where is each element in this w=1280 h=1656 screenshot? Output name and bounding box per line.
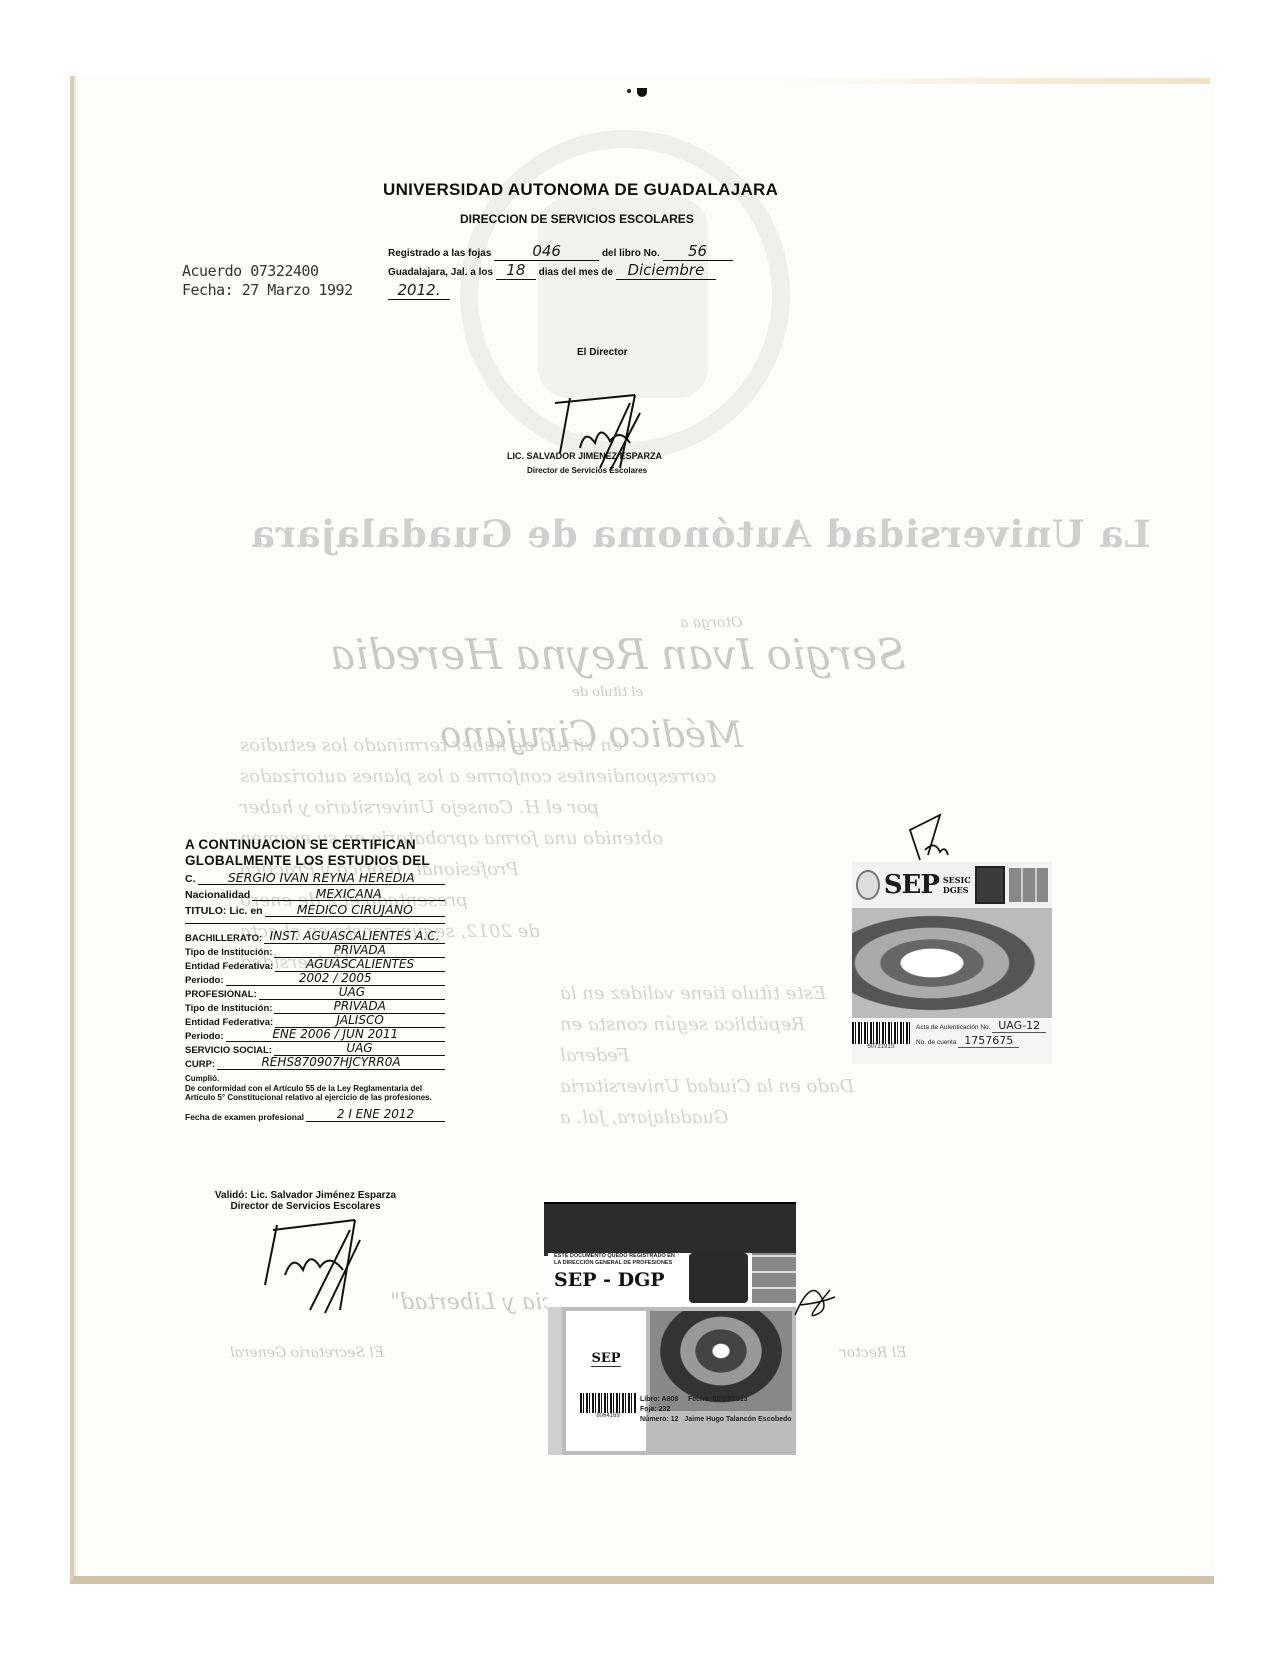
diploma-body-line: Federal [560,1045,629,1066]
validated-by: Validó: Lic. Salvador Jiménez Esparza Di… [203,1190,408,1212]
diploma-el-titulo: el título de [572,685,643,700]
field-value: ENE 2006 / JUN 2011 [226,1028,445,1042]
director-label: El Director [577,347,628,358]
redaction-block [544,1202,796,1256]
study-field-row: BACHILLERATO:INST. AGUASCALIENTES A.C. [185,930,445,944]
dgp-side-signature [790,1275,840,1325]
acuerdo-number: Acuerdo 07322400 [182,262,319,280]
national-seal-icon [856,870,880,900]
university-title: UNIVERSIDAD AUTONOMA DE GUADALAJARA [383,180,778,200]
acta-label: Acta de Autenticación No. [916,1024,990,1031]
study-field-row: SERVICIO SOCIAL:UAG [185,1042,445,1056]
field-label: Tipo de Institución: [185,947,272,958]
diploma-graduate-name: Sergio Ivan Reyna Heredia [330,630,906,679]
director-role: Director de Servicios Escolares [527,466,647,475]
month-label: dias del mes de [539,267,613,278]
certification-block: A CONTINUACION SE CERTIFICAN GLOBALMENTE… [185,837,445,1122]
divider [185,923,445,924]
field-value: UAG [274,1042,445,1056]
validator-signature [255,1215,385,1315]
sep-sub: SESIC DGES [943,875,971,895]
field-value: PRIVADA [274,944,445,958]
sep-signature [900,810,960,870]
field-value: AGUASCALIENTES [275,958,445,972]
field-label: Nacionalidad [185,889,250,901]
diploma-body-line: en virtud de haber terminado los estudio… [240,735,623,756]
field-label: Periodo: [185,1031,224,1042]
staple-mark [627,89,631,93]
registration-fojas-row: Registrado a las fojas 046 del libro No.… [388,242,733,261]
certification-heading: A CONTINUACION SE CERTIFICAN GLOBALMENTE… [185,837,445,869]
registration-date-row: Guadalajara, Jal. a los 18 dias del mes … [388,261,716,280]
field-label: Tipo de Institución: [185,1003,272,1014]
certification-field-row: NacionalidadMEXICANA [185,885,445,901]
sesic-label: SESIC [943,875,971,885]
field-label: TITULO: Lic. en [185,905,263,917]
field-label: SERVICIO SOCIAL: [185,1045,272,1056]
dgp-numero: Número: 12 [640,1416,679,1423]
field-label: C. [185,873,196,885]
director-signature [540,393,670,473]
field-value: INST. AGUASCALIENTES A.C. [264,930,445,944]
diploma-institution: La Universidad Autónoma de Guadalajara [250,512,1151,556]
registration-year-row: 2012. [388,281,450,300]
legal-text: De conformidad con el Artículo 55 de la … [185,1084,445,1102]
director-name: LIC. SALVADOR JIMENEZ ESPARZA [507,451,662,461]
diploma-signatory-secretary: El Secretario General [230,1345,384,1361]
cuenta-value: 1757675 [958,1034,1019,1048]
diploma-body-line: por el H. Consejo Universitario y haber [240,797,599,818]
study-field-row: Tipo de Institución:PRIVADA [185,1000,445,1014]
diploma-body-line: Dado en la Ciudad Universitaria [560,1076,854,1097]
exam-date-value: 2 I ENE 2012 [306,1108,445,1122]
diploma-body-line: Este título tiene validez en la [560,983,826,1004]
year-value: 2012. [388,281,450,300]
barcode-icon [580,1393,636,1413]
study-field-row: Entidad Federativa:JALISCO [185,1014,445,1028]
libro-value: 56 [663,242,733,261]
field-label: Entidad Federativa: [185,1017,273,1028]
field-label: PROFESIONAL: [185,989,257,1000]
field-label: CURP: [185,1059,215,1070]
dgp-sep-logo: SEP [591,1351,620,1367]
paper-edge [780,78,1210,84]
dges-label: DGES [943,885,971,895]
study-field-row: Tipo de Institución:PRIVADA [185,944,445,958]
barcode-number: 6072191S [852,1044,910,1050]
dgp-title: SEP - DGP [554,1269,683,1291]
study-field-row: CURP:REHS870907HJCYRR0A [185,1056,445,1070]
barcode-icon [852,1022,910,1044]
department-title: DIRECCION DE SERVICIOS ESCOLARES [460,212,694,226]
certification-field-row: C.SERGIO IVAN REYNA HEREDIA [185,869,445,885]
acuerdo-date: Fecha: 27 Marzo 1992 [182,281,353,299]
exam-date-row: Fecha de examen profesional 2 I ENE 2012 [185,1108,445,1122]
validated-line-2: Director de Servicios Escolares [203,1201,408,1212]
hologram [689,1253,748,1303]
validated-line-1: Validó: Lic. Salvador Jiménez Esparza [203,1190,408,1201]
exam-date-label: Fecha de examen profesional [185,1112,304,1122]
field-value: SERGIO IVAN REYNA HEREDIA [198,871,446,885]
security-pattern [1009,868,1049,902]
diploma-body-line: correspondientes conforme a los planes a… [240,766,716,787]
diploma-signatory-rector: El Rector [840,1345,907,1361]
field-value: REHS870907HJCYRR0A [217,1056,445,1070]
dgp-libro: Libro: A808 [640,1396,678,1403]
study-field-row: PROFESIONAL:UAG [185,986,445,1000]
dgp-fecha: Fecha: 02/03/2013 [688,1396,748,1403]
field-label: BACHILLERATO: [185,933,262,944]
study-field-row: Entidad Federativa:AGUASCALIENTES [185,958,445,972]
fojas-label: Registrado a las fojas [388,248,491,259]
field-value: PRIVADA [274,1000,445,1014]
coat-of-arms-icon [975,866,1005,904]
dgp-registration-details: Libro: A808 Fecha: 02/03/2013 Foja: 232 … [640,1395,792,1425]
city-label: Guadalajara, Jal. a los [388,267,493,278]
dgp-foja: Foja: 232 [640,1405,792,1415]
field-value: 2002 / 2005 [226,972,445,986]
libro-label: del libro No. [602,248,660,259]
study-field-row: Periodo:ENE 2006 / JUN 2011 [185,1028,445,1042]
certification-field-row: TITULO: Lic. enMEDICO CIRUJANO [185,901,445,917]
dgp-barcode: 8064169 [580,1393,636,1419]
dgp-barcode-number: 8064169 [580,1413,636,1419]
sep-authentication-sticker: SEP SESIC DGES 6072191S Acta de Autentic… [852,862,1052,1067]
day-value: 18 [496,261,536,280]
dgp-side-strip [548,1307,562,1455]
field-value: MEXICANA [252,887,445,901]
field-label: Periodo: [185,975,224,986]
dgp-official: Jaime Hugo Talancón Escobedo [684,1416,791,1423]
acta-value: UAG-12 [992,1019,1046,1033]
fojas-value: 046 [494,242,599,261]
field-value: MEDICO CIRUJANO [265,903,445,917]
diploma-body-line: República según consta en [560,1014,805,1035]
cuenta-label: No. de cuenta [916,1039,956,1046]
study-field-row: Periodo:2002 / 2005 [185,972,445,986]
cumplio-label: Cumplió. [185,1074,445,1083]
diploma-body-line: Guadalajara, Jal. a [560,1107,728,1128]
diploma-otorga: Otorga a [680,615,742,631]
month-value: Diciembre [616,261,716,280]
field-value: UAG [259,986,445,1000]
sticker-artwork [852,908,1052,1018]
field-label: Entidad Federativa: [185,961,273,972]
sep-logo: SEP [884,870,939,900]
field-value: JALISCO [275,1014,445,1028]
dgp-notice: ESTE DOCUMENTO QUEDO REGISTRADO EN LA DI… [554,1253,683,1267]
